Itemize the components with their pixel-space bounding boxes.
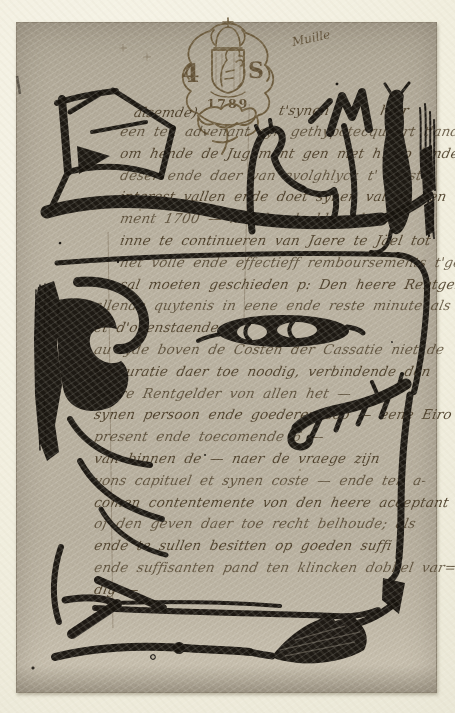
manuscript-line: van binnen de — naer de vraege zijn [92, 449, 438, 471]
manuscript-line: vons capituel et synen coste — ende ten … [92, 471, 438, 493]
ground-stroke [47, 195, 429, 223]
script-annotation: Muille [290, 27, 332, 49]
plate-specks [139, 149, 353, 471]
right-edge-stroke [382, 395, 410, 614]
claw-strokes [70, 419, 166, 555]
manuscript-line: inne te continueren van Jaere te Jäel to… [92, 231, 438, 253]
eye-shape [198, 315, 363, 347]
horizon-stroke [57, 254, 427, 392]
registration-cross-icon [119, 44, 151, 61]
stamp-cartouche [183, 24, 274, 135]
stamp-denomination-right: S [248, 58, 264, 84]
stamp-year: 1789 [207, 96, 250, 111]
animal-figure [250, 120, 354, 231]
etching-plate [16, 22, 437, 693]
zigzag-m-stroke [311, 92, 369, 133]
paraph-flourish-icon [198, 104, 256, 154]
manuscript-line: dig — [92, 580, 438, 602]
manuscript-line: het volle ende effectieff remboursements… [92, 253, 438, 275]
manuscript-line: allende quytenis in eene ende reste minu… [92, 296, 438, 318]
manuscript-line: et d'openstaende — dien a rate [92, 318, 438, 340]
manuscript-line: sal moeten geschieden p: Den heere Rentg… [92, 275, 438, 297]
paper-mat: 4 S 1789 Muille alsemde) t'synen hier al… [0, 0, 455, 713]
ink-specks [32, 83, 394, 670]
manuscript-text-block: een ten advenant syn gethypotecqueert t'… [92, 122, 434, 602]
flag-shape [50, 90, 173, 211]
manuscript-line: deser ende daer van evolghlyck t' eerste [92, 166, 438, 188]
left-blob [34, 281, 144, 461]
jaw-spikes [291, 374, 406, 447]
manuscript-line: interest vallen ende doet synen val op d… [92, 187, 438, 209]
manuscript-line: au lyde boven de Costen der Cassatie nie… [92, 340, 438, 362]
dry-brush-streaks [420, 104, 435, 238]
manuscript-line: om hende de Jugement gen met h. op lande… [92, 144, 438, 166]
manuscript-line: procuratie daer toe noodig, verbindende … [92, 362, 438, 384]
manuscript-line: een ten advenant syn gethypotecqueert t'… [92, 122, 438, 144]
brush-overlay [0, 0, 455, 713]
manuscript-line: ende suffisanten pand ten klincken dobbe… [92, 558, 438, 580]
manuscript-line: present ende toecomende 6 — [92, 427, 438, 449]
document-fold-line [243, 104, 250, 330]
stamp-banner [211, 92, 245, 97]
tax-stamp: 4 S 1789 Muille [182, 18, 331, 154]
crown-icon [211, 18, 245, 48]
manuscript-line: ende te sullen besitten op goeden suffi [92, 536, 438, 558]
plate-edge-nick [17, 76, 20, 94]
manuscript-line: comen contentemente von den heere accept… [92, 493, 438, 515]
lion-shield-icon [212, 48, 245, 93]
etched-ink-layer: 4 S 1789 Muille [0, 0, 455, 713]
manuscript-line: synen persoon ende goederen soo — eene E… [92, 405, 438, 427]
standing-figure [371, 83, 435, 252]
manuscript-line: heere Rentgelder von allen het — [92, 384, 438, 406]
manuscript-line: ment 1700 — klinckende klaer haer [92, 209, 438, 231]
stamp-denomination-left: 4 [182, 59, 199, 88]
manuscript-line: alsemde) [132, 105, 199, 121]
document-fold-line [108, 232, 114, 628]
smudge-blob [272, 602, 396, 663]
bottom-strokes [54, 547, 378, 659]
manuscript-line: t'synen hier alsul [277, 103, 455, 119]
manuscript-line: of den geven daer toe recht belhoude; al… [92, 514, 438, 536]
